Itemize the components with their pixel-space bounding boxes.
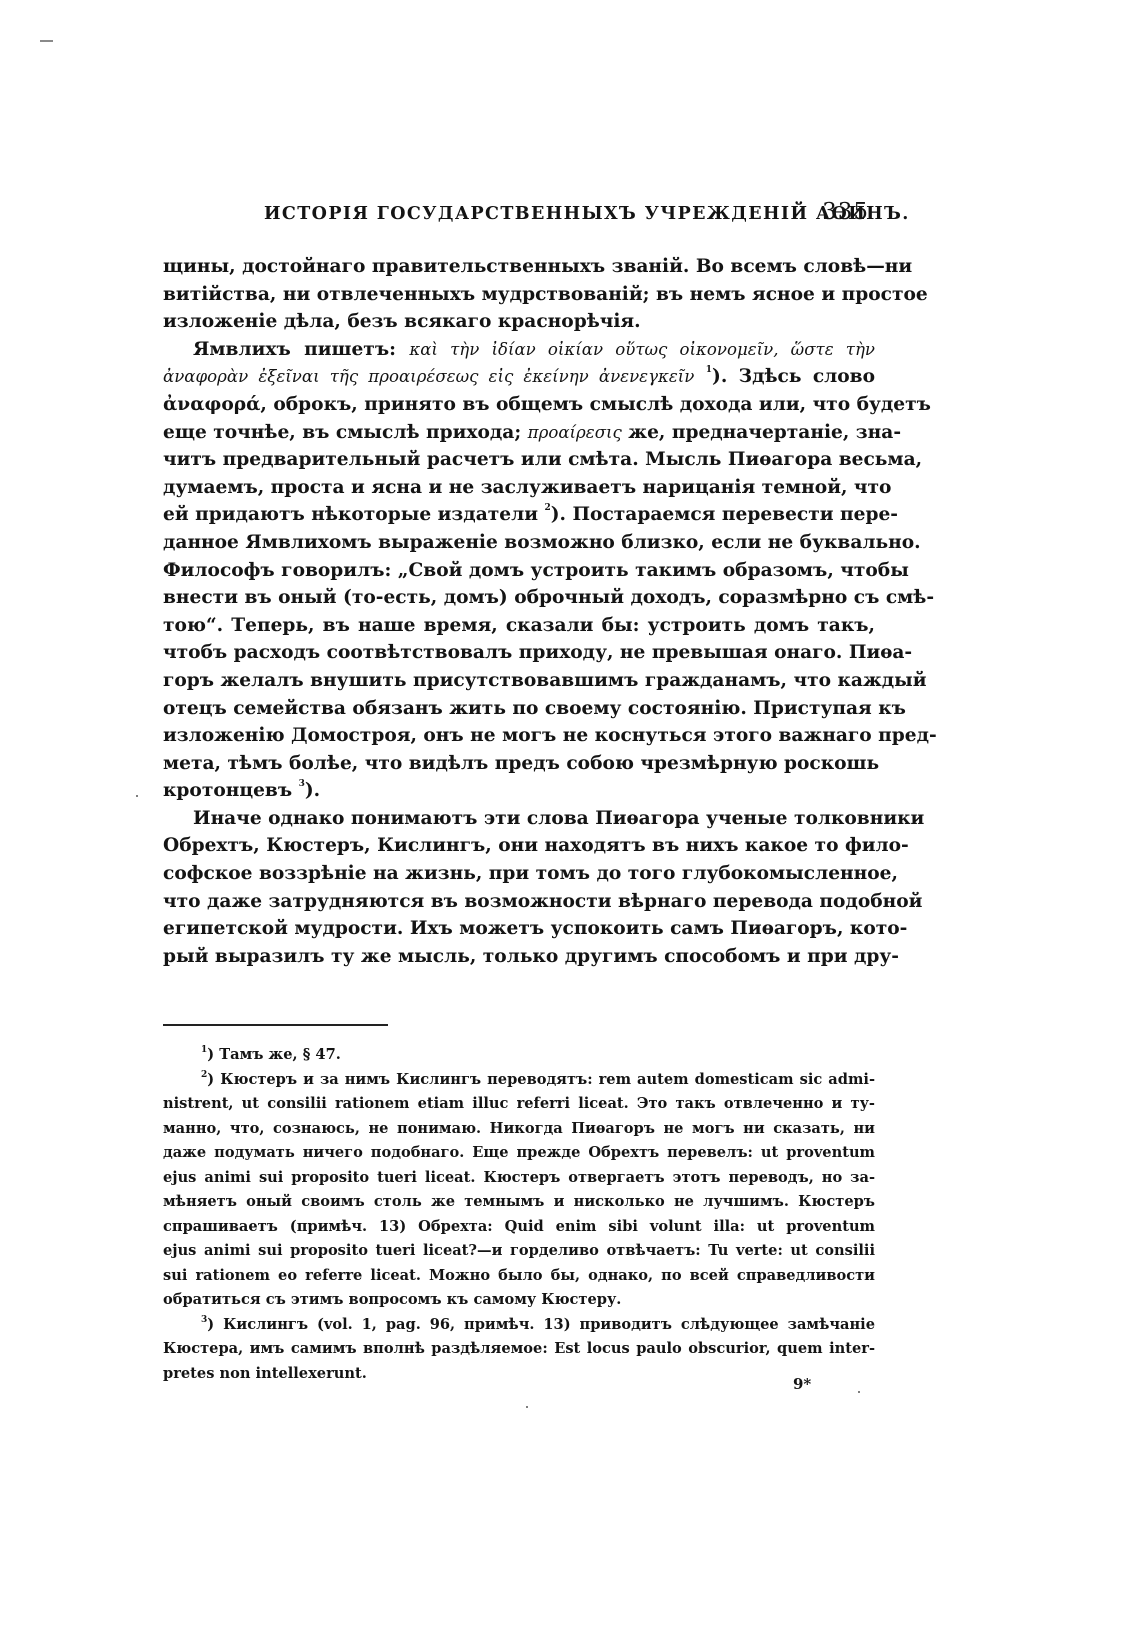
greek-word: προαίρεσις xyxy=(528,423,622,442)
text-line: ἀναφορά, оброкъ, принято въ общемъ смысл… xyxy=(163,391,875,419)
footnote-text: ) Кюстеръ и за нимъ Кислингъ переводятъ:… xyxy=(207,1071,875,1088)
footnote-line: даже подумать ничего подобнаго. Еще преж… xyxy=(163,1141,875,1166)
footnote-ref-2[interactable]: 2 xyxy=(544,503,550,513)
printer-signature-mark: 9* xyxy=(793,1375,811,1393)
footnote-line: ejus animi sui proposito tueri liceat?—и… xyxy=(163,1239,875,1264)
footnote-ref-1[interactable]: 1 xyxy=(706,365,712,375)
scan-artifact-mark xyxy=(40,40,53,42)
text-line: изложеніе дѣла, безъ всякаго краснорѣчія… xyxy=(163,308,875,336)
text-line: витійства, ни отвлеченныхъ мудрствованій… xyxy=(163,281,875,309)
text-line: ей придаютъ нѣкоторые издатели 2). Поста… xyxy=(163,501,875,529)
text-span: Ямвлихъ пишетъ: xyxy=(193,339,409,360)
text-line: данное Ямвлихомъ выраженіе возможно близ… xyxy=(163,529,875,557)
text-span: еще точнѣе, въ смыслѣ прихода; xyxy=(163,422,528,443)
text-span: ). xyxy=(305,780,320,801)
footnote-line: манно, что, сознаюсь, не понимаю. Никогд… xyxy=(163,1117,875,1142)
footnote-text: ) Кислингъ (vol. 1, pag. 96, примѣч. 13)… xyxy=(207,1316,875,1333)
text-line: еще точнѣе, въ смыслѣ прихода; προαίρεσι… xyxy=(163,419,875,447)
footnotes: 1) Тамъ же, § 47. 2) Кюстеръ и за нимъ К… xyxy=(163,1043,875,1386)
text-line: рый выразилъ ту же мысль, только другимъ… xyxy=(163,943,875,971)
greek-quote: ἀναφορὰν ἐξεῖναι τῆς προαιρέσεως εἰς ἐκε… xyxy=(163,367,694,386)
body-text: щины, достойнаго правительственныхъ зван… xyxy=(163,253,875,970)
footnote-1: 1) Тамъ же, § 47. xyxy=(163,1043,875,1068)
text-line: читъ предварительный расчетъ или смѣта. … xyxy=(163,446,875,474)
greek-quote: καὶ τὴν ἰδίαν οἰκίαν οὕτως οἰκονομεῖν, ὥ… xyxy=(409,340,875,359)
text-line: ἀναφορὰν ἐξεῖναι τῆς προαιρέσεως εἰς ἐκε… xyxy=(163,363,875,391)
text-line: мета, тѣмъ болѣе, что видѣлъ предъ собою… xyxy=(163,750,875,778)
footnote-line: Кюстера, имъ самимъ вполнѣ раздѣляемое: … xyxy=(163,1337,875,1362)
text-line: египетской мудрости. Ихъ можетъ успокоит… xyxy=(163,915,875,943)
page-header: ИСТОРІЯ ГОСУДАРСТВЕННЫХЪ УЧРЕЖДЕНІЙ АѲИН… xyxy=(163,202,875,232)
text-span: же, предначертаніе, зна- xyxy=(622,422,901,443)
footnote-line: ejus animi sui proposito tueri liceat. К… xyxy=(163,1166,875,1191)
footnote-line: обратиться съ этимъ вопросомъ къ самому … xyxy=(163,1288,875,1313)
footnote-divider xyxy=(163,1024,388,1026)
footnote-text: ) Тамъ же, § 47. xyxy=(207,1046,341,1063)
scan-speck xyxy=(526,1406,528,1408)
text-span: ). Постараемся перевести пере- xyxy=(551,504,898,525)
text-span: ей придаютъ нѣкоторые издатели xyxy=(163,504,544,525)
paragraph-interpreters-start: Иначе однако понимаютъ эти слова Пиѳагор… xyxy=(163,805,875,833)
footnote-marker: 1 xyxy=(201,1045,207,1055)
footnote-ref-3[interactable]: 3 xyxy=(299,779,305,789)
footnote-marker: 2 xyxy=(201,1070,207,1080)
text-line: тою“. Теперь, въ наше время, сказали бы:… xyxy=(163,612,875,640)
footnote-3: 3) Кислингъ (vol. 1, pag. 96, примѣч. 13… xyxy=(163,1313,875,1338)
scan-speck xyxy=(858,1391,860,1393)
text-line: изложенію Домостроя, онъ не могъ не косн… xyxy=(163,722,875,750)
footnote-line: мѣняетъ оный своимъ столь же темнымъ и н… xyxy=(163,1190,875,1215)
scan-speck xyxy=(136,795,138,797)
footnote-line: pretes non intellexerunt. xyxy=(163,1362,875,1387)
text-line: думаемъ, проста и ясна и не заслуживаетъ… xyxy=(163,474,875,502)
page-number: 335 xyxy=(822,199,869,225)
text-span: кротонцевъ xyxy=(163,780,299,801)
text-line: щины, достойнаго правительственныхъ зван… xyxy=(163,253,875,281)
text-line: отецъ семейства обязанъ жить по своему с… xyxy=(163,695,875,723)
running-title: ИСТОРІЯ ГОСУДАРСТВЕННЫХЪ УЧРЕЖДЕНІЙ АѲИН… xyxy=(264,204,910,224)
footnote-marker: 3 xyxy=(201,1315,207,1325)
text-line: внести въ оный (то-есть, домъ) оброчный … xyxy=(163,584,875,612)
text-line: чтобъ расходъ соотвѣтствовалъ приходу, н… xyxy=(163,639,875,667)
text-line: Философъ говорилъ: „Свой домъ устроить т… xyxy=(163,557,875,585)
paragraph-iamblichus-start: Ямвлихъ пишетъ: καὶ τὴν ἰδίαν οἰκίαν οὕτ… xyxy=(163,336,875,364)
text-line: что даже затрудняются въ возможности вѣр… xyxy=(163,888,875,916)
footnote-line: nistrent, ut consilii rationem etiam ill… xyxy=(163,1092,875,1117)
text-line: горъ желалъ внушить присутствовавшимъ гр… xyxy=(163,667,875,695)
footnote-2: 2) Кюстеръ и за нимъ Кислингъ переводятъ… xyxy=(163,1068,875,1093)
text-line: софское воззрѣніе на жизнь, при томъ до … xyxy=(163,860,875,888)
text-span: ). Здѣсь слово xyxy=(712,366,875,387)
text-line: кротонцевъ 3). xyxy=(163,777,875,805)
footnote-line: sui rationem eo referre liceat. Можно бы… xyxy=(163,1264,875,1289)
text-line: Обрехтъ, Кюстеръ, Кислингъ, они находятъ… xyxy=(163,832,875,860)
footnote-line: спрашиваетъ (примѣч. 13) Обрехта: Quid e… xyxy=(163,1215,875,1240)
